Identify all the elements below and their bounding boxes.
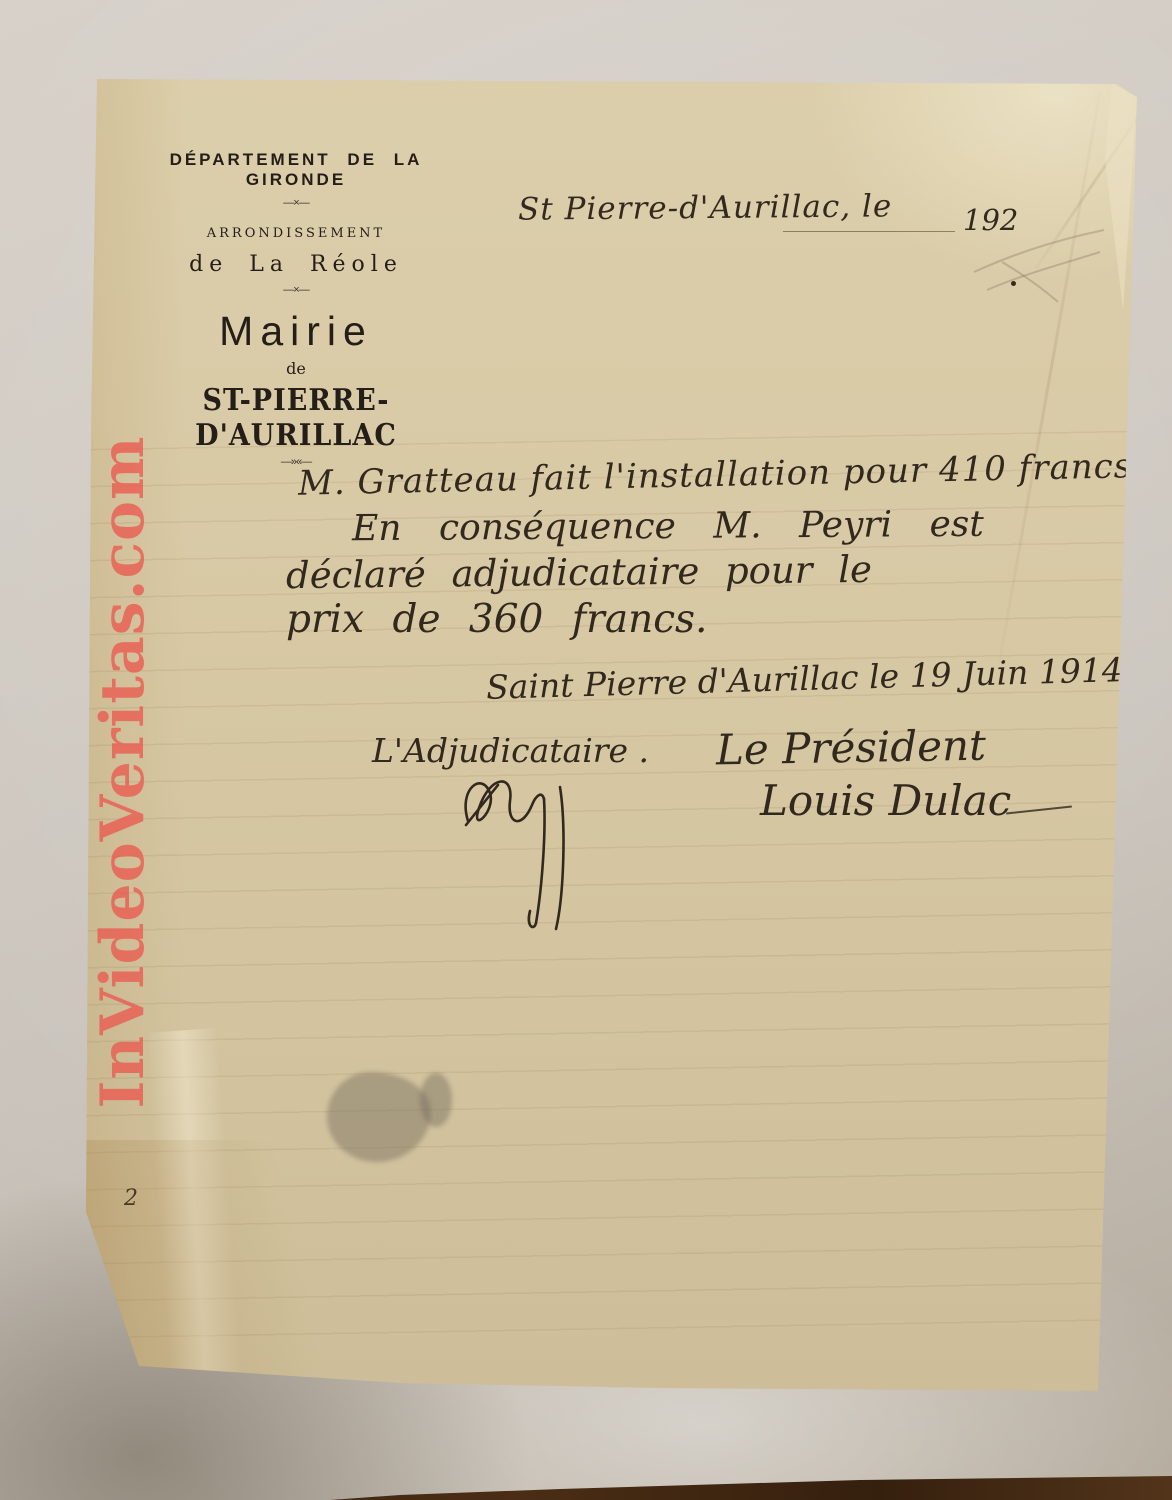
manuscript-line-3: déclaré adjudicataire pour le bbox=[286, 548, 872, 597]
president-label: Le Président bbox=[716, 721, 987, 775]
document-paper: DÉPARTEMENT DE LA GIRONDE —×— ARRONDISSE… bbox=[0, 0, 1172, 1500]
letterhead: DÉPARTEMENT DE LA GIRONDE —×— ARRONDISSE… bbox=[140, 150, 452, 468]
letterhead-de: de bbox=[140, 359, 452, 378]
pencil-marks bbox=[962, 222, 1112, 312]
letterhead-department: DÉPARTEMENT DE LA GIRONDE bbox=[140, 150, 452, 190]
letterhead-mairie-title: Mairie bbox=[140, 308, 452, 355]
letterhead-arrondissement-label: ARRONDISSEMENT bbox=[140, 226, 452, 241]
letterhead-divider-top: —×— bbox=[140, 197, 452, 209]
dateline-blank-line bbox=[783, 231, 955, 232]
photo-of-document: DÉPARTEMENT DE LA GIRONDE —×— ARRONDISSE… bbox=[0, 0, 1172, 1500]
corner-mark: 2 bbox=[124, 1186, 138, 1211]
letterhead-commune: ST-PIERRE-D'AURILLAC bbox=[140, 383, 452, 452]
stain-blob-knob bbox=[420, 1073, 452, 1127]
letterhead-arrondissement-name: de La Réole bbox=[140, 252, 452, 277]
letterhead-divider-mid: —×— bbox=[140, 284, 452, 296]
adjudicataire-signature bbox=[452, 763, 592, 933]
manuscript-line-2: En conséquence M. Peyri est bbox=[352, 504, 984, 549]
printed-dateline-place: St Pierre-d'Aurillac, le bbox=[518, 188, 893, 227]
torn-corner-shading bbox=[78, 1140, 428, 1380]
president-signature-name: Louis Dulac bbox=[760, 776, 1011, 825]
manuscript-line-4: prix de 360 francs. bbox=[286, 597, 707, 642]
watermark-text: InVideoVeritas.com bbox=[81, 427, 165, 1117]
